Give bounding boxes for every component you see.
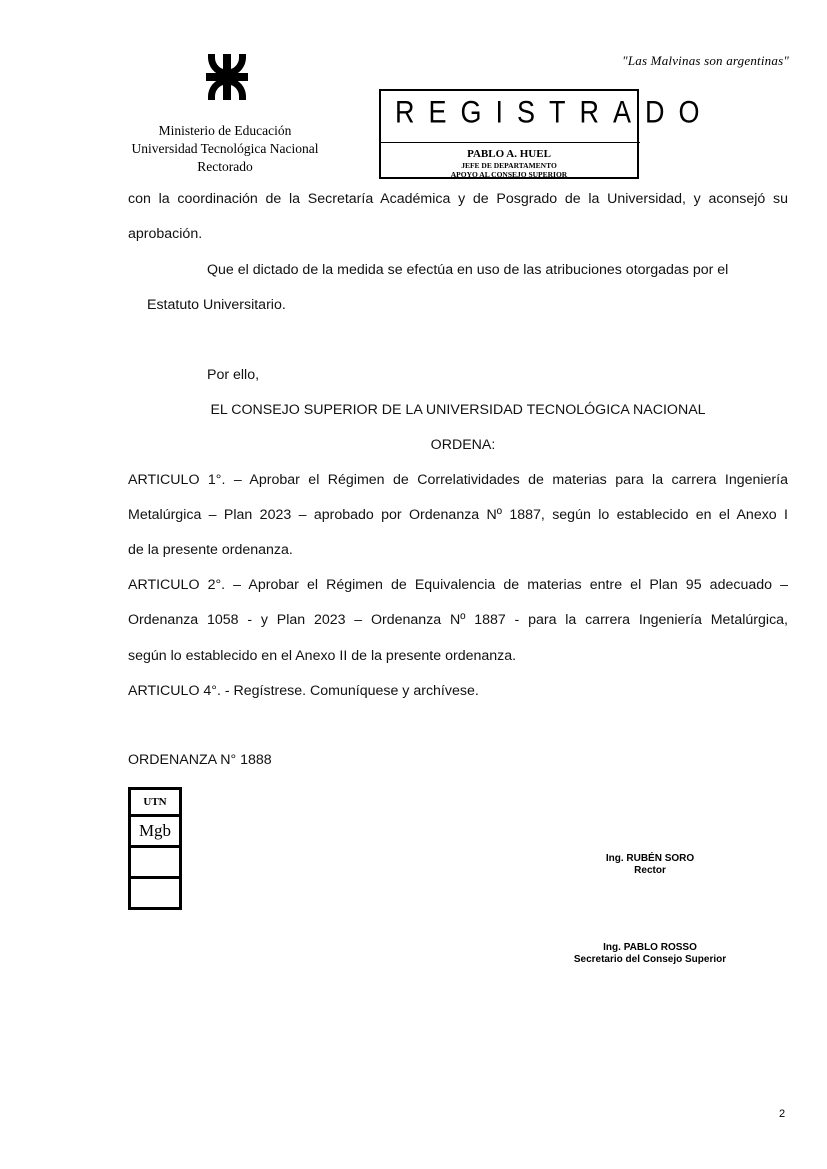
rectorado-label: Rectorado bbox=[110, 158, 340, 176]
signatory-name: Ing. RUBÉN SORO bbox=[570, 853, 730, 865]
ordinance-number: ORDENANZA N° 1888 bbox=[128, 752, 788, 768]
ref-cell bbox=[131, 879, 179, 907]
signatory-name: Ing. PABLO ROSSO bbox=[550, 942, 750, 954]
article-4-line: ARTICULO 4°. - Regístrese. Comuníquese y… bbox=[128, 683, 788, 699]
por-ello-text: Por ello, bbox=[207, 367, 827, 383]
signatory-title: Secretario del Consejo Superior bbox=[550, 954, 750, 966]
stamp-divider bbox=[381, 142, 640, 143]
ministry-label: Ministerio de Educación bbox=[110, 122, 340, 140]
motto-text: "Las Malvinas son argentinas" bbox=[622, 53, 789, 69]
stamp-role-2: APOYO AL CONSEJO SUPERIOR bbox=[381, 170, 637, 179]
article-2-line: según lo establecido en el Anexo II de l… bbox=[128, 648, 788, 664]
registrado-stamp: REGISTRADO PABLO A. HUEL JEFE DE DEPARTA… bbox=[379, 89, 639, 179]
signatory-title: Rector bbox=[570, 865, 730, 877]
institution-block: Ministerio de Educación Universidad Tecn… bbox=[110, 122, 340, 176]
ref-cell: Mgb bbox=[131, 817, 179, 848]
paragraph-line: aprobación. bbox=[128, 226, 788, 242]
utn-logo-icon bbox=[206, 54, 248, 100]
paragraph-line: Estatuto Universitario. bbox=[147, 297, 807, 313]
university-label: Universidad Tecnológica Nacional bbox=[110, 140, 340, 158]
council-heading: EL CONSEJO SUPERIOR DE LA UNIVERSIDAD TE… bbox=[158, 402, 758, 418]
article-2-line: Ordenanza 1058 - y Plan 2023 – Ordenanza… bbox=[128, 612, 788, 628]
paragraph-line: Que el dictado de la medida se efectúa e… bbox=[207, 262, 787, 278]
stamp-role-1: JEFE DE DEPARTAMENTO bbox=[381, 161, 637, 170]
ref-cell bbox=[131, 848, 179, 879]
stamp-title: REGISTRADO bbox=[381, 95, 637, 131]
article-1-line: de la presente ordenanza. bbox=[128, 542, 788, 558]
page-number: 2 bbox=[779, 1108, 785, 1120]
article-1-line: ARTICULO 1°. – Aprobar el Régimen de Cor… bbox=[128, 472, 788, 488]
reference-table: UTN Mgb bbox=[128, 787, 182, 910]
article-1-line: Metalúrgica – Plan 2023 – aprobado por O… bbox=[128, 507, 788, 523]
ordena-heading: ORDENA: bbox=[128, 437, 798, 453]
paragraph-line: con la coordinación de la Secretaría Aca… bbox=[128, 191, 788, 207]
ref-cell: UTN bbox=[131, 790, 179, 817]
stamp-name: PABLO A. HUEL bbox=[381, 148, 637, 160]
signature-secretary: Ing. PABLO ROSSO Secretario del Consejo … bbox=[550, 942, 750, 966]
signature-rector: Ing. RUBÉN SORO Rector bbox=[570, 853, 730, 877]
article-2-line: ARTICULO 2°. – Aprobar el Régimen de Equ… bbox=[128, 577, 788, 593]
